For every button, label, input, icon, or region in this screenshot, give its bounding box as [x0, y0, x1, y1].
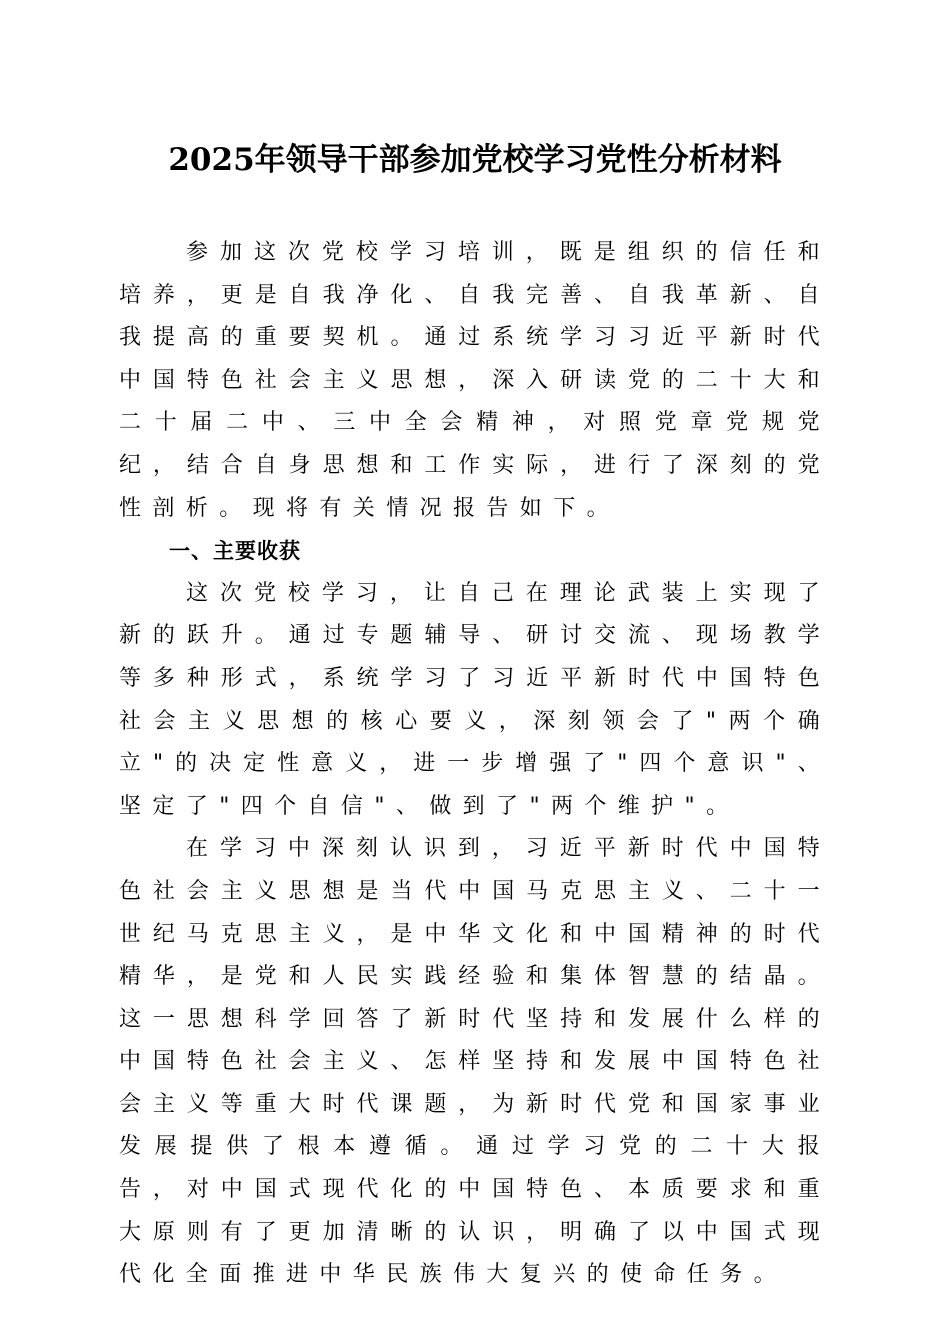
- section-heading-main-gains: 一、主要收获: [119, 530, 831, 573]
- document-body: 参加这次党校学习培训，既是组织的信任和培养，更是自我净化、自我完善、自我革新、自…: [119, 232, 831, 1297]
- intro-paragraph: 参加这次党校学习培训，既是组织的信任和培养，更是自我净化、自我完善、自我革新、自…: [119, 232, 831, 530]
- document-page: 2025年领导干部参加党校学习党性分析材料 参加这次党校学习培训，既是组织的信任…: [0, 0, 950, 1344]
- document-title: 2025年领导干部参加党校学习党性分析材料: [0, 138, 950, 182]
- gains-paragraph-1: 这次党校学习，让自己在理论武装上实现了新的跃升。通过专题辅导、研讨交流、现场教学…: [119, 573, 831, 829]
- gains-paragraph-2: 在学习中深刻认识到，习近平新时代中国特色社会主义思想是当代中国马克思主义、二十一…: [119, 828, 831, 1297]
